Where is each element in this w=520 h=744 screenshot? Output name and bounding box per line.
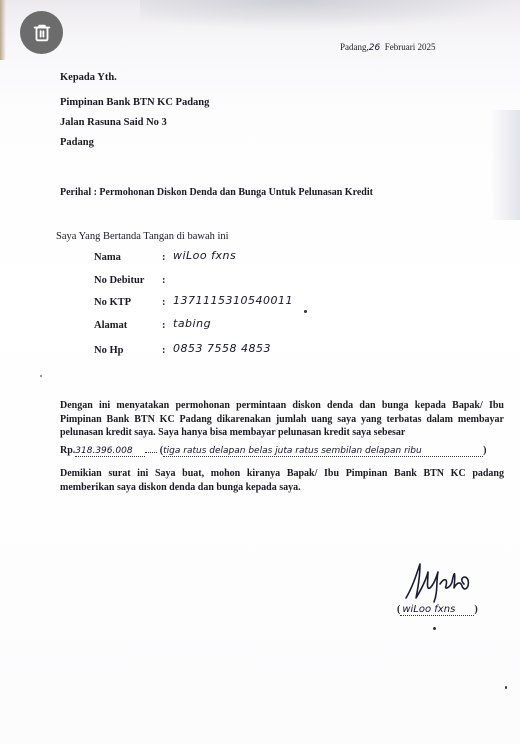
- amount-prefix: Rp.: [60, 445, 75, 456]
- field-label-alamat: Alamat: [94, 320, 127, 331]
- amount-line: Rp.318.396.008 (tiga ratus delapan belas…: [60, 445, 504, 457]
- field-value-no-hp: 0853 7558 4853: [173, 342, 271, 355]
- amount-words-handwritten: tiga ratus delapan belas juta ratus semb…: [163, 446, 483, 457]
- signature-name: (wiLoo fxns): [397, 604, 478, 616]
- field-label-nama: Nama: [94, 252, 121, 263]
- field-colon: :: [162, 345, 166, 356]
- closing-paragraph: Demikian surat ini Saya buat, mohon kira…: [60, 467, 504, 494]
- sig-name-handwritten: wiLoo fxns: [400, 604, 474, 616]
- letter-subject: Perihal : Permohonan Diskon Denda dan Bu…: [60, 187, 373, 198]
- letter-intro: Saya Yang Bertanda Tangan di bawah ini: [56, 231, 229, 242]
- amount-words-close: ): [483, 445, 486, 456]
- ink-speck: [505, 686, 507, 689]
- letter-date: Padang,26 Februari 2025: [340, 42, 435, 53]
- amount-handwritten: 318.396.008: [75, 446, 145, 457]
- date-day-handwritten: 26: [369, 43, 380, 53]
- field-value-alamat: tabing: [173, 317, 211, 330]
- recipient-line-2: Jalan Rasuna Said No 3: [60, 117, 167, 128]
- body-paragraph: Dengan ini menyatakan permohonan permint…: [60, 399, 504, 440]
- date-prefix: Padang,: [340, 42, 369, 52]
- recipient-salutation: Kepada Yth.: [60, 72, 117, 83]
- field-label-no-ktp: No KTP: [94, 297, 131, 308]
- paper-left-edge: [0, 0, 6, 60]
- ink-speck: [40, 375, 42, 377]
- field-label-no-hp: No Hp: [94, 345, 123, 356]
- field-colon: :: [162, 297, 166, 308]
- recipient-line-3: Padang: [60, 137, 94, 148]
- sig-name-close: ): [474, 604, 477, 615]
- ink-speck: [304, 310, 307, 313]
- field-colon: :: [162, 275, 166, 286]
- field-value-nama: wiLoo fxns: [173, 249, 236, 262]
- delete-button[interactable]: [20, 11, 63, 54]
- field-colon: :: [162, 320, 166, 331]
- field-label-no-debitur: No Debitur: [94, 275, 144, 286]
- recipient-line-1: Pimpinan Bank BTN KC Padang: [60, 97, 209, 108]
- date-suffix: Februari 2025: [385, 42, 436, 52]
- field-colon: :: [162, 252, 166, 263]
- signature: [398, 558, 508, 638]
- ink-speck: [433, 627, 436, 630]
- paper-fold-shadow: [140, 0, 520, 30]
- trash-icon: [31, 22, 53, 44]
- field-value-no-ktp: 1371115310540011: [173, 294, 293, 307]
- paper-edge-shadow: [490, 110, 520, 220]
